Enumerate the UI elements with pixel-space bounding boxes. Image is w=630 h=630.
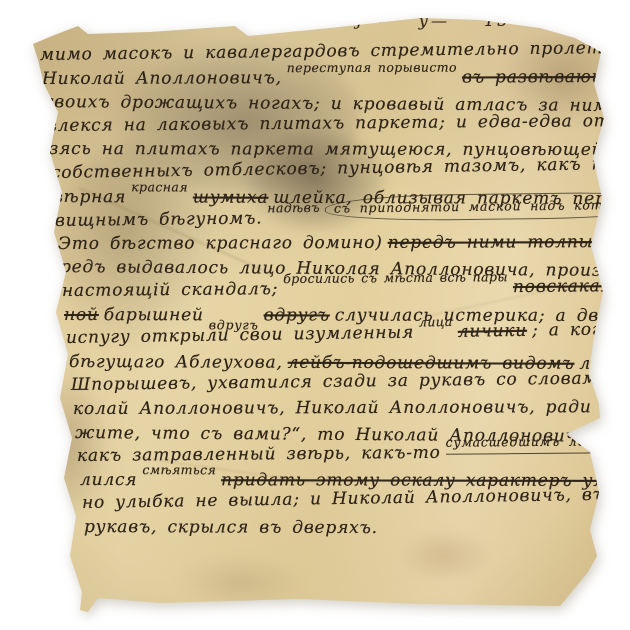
handwritten-text: вѣрная (53, 187, 126, 207)
text-line-9: Это бѣгство краснаго домино)передъ ними … (58, 231, 598, 255)
text-line-21: рукавъ, скрылся въ дверяхъ. (84, 516, 383, 539)
interlinear-insertion-above: бросились съ мѣста всѣ пары (283, 266, 508, 290)
struck-through-text: повскакала пароза парой; (513, 275, 630, 297)
handwritten-text: рукавъ, скрылся въ дверяхъ. (84, 517, 378, 538)
interlinear-insertion-above: красная (131, 176, 188, 198)
handwritten-text: Это бѣгство краснаго домино) (58, 233, 383, 254)
handwritten-text: лился (80, 470, 137, 490)
handwritten-text: настоящій скандалъ; (62, 279, 278, 301)
text-line-2: Николай Аполлоновичъ,переступая порывист… (42, 65, 630, 91)
handwritten-text: колай Аполлоновичъ, Николай Аполлоновичъ… (73, 397, 630, 419)
manuscript-paper-shadow: ) у— ƒ— у— 13мимо масокъ и кавалергардов… (0, 0, 630, 630)
interlinear-insertion-above: смѣяться (142, 459, 216, 481)
handwritten-text: Шпорышевъ, ухватился сзади за рукавъ со … (71, 368, 630, 395)
handwritten-text: ; а когда (532, 319, 624, 340)
struck-through-text: шумиха (193, 187, 269, 207)
photo-background: ) у— ƒ— у— 13мимо масокъ и кавалергардов… (0, 0, 630, 630)
interlinear-insertion-above: надѣвъ (268, 197, 321, 220)
text-line-4: влекся на лаковыхъ плитахъ паркета; и ед… (46, 110, 630, 137)
struck-through-text: ной (64, 305, 99, 325)
interlinear-insertion-above: лица (419, 311, 453, 334)
interlinear-insertion-above: переступая порывисто (287, 56, 457, 79)
manuscript-text: ) у— ƒ— у— 13мимо масокъ и кавалергардов… (0, 0, 630, 630)
torn-top-line-fragment: ) у— ƒ— у— 13 (248, 10, 510, 32)
handwritten-text: барышней (104, 305, 204, 325)
struck-through-text: въ развѣвающемся своемъ одѣяніи (462, 66, 630, 87)
text-line-16: колай Аполлоновичъ, Николай Аполлоновичъ… (73, 396, 630, 420)
torn-manuscript-paper: ) у— ƒ— у— 13мимо масокъ и кавалергардов… (0, 0, 630, 630)
handwritten-text: влекся на лаковыхъ плитахъ паркета; и ед… (47, 111, 630, 136)
handwritten-text: бѣгущаго Аблеухова, (69, 352, 283, 373)
handwritten-text: какъ затравленный звѣрь, какъ-то (77, 443, 441, 466)
struck-through-text: личики (458, 321, 528, 342)
struck-through-text: передъ ними толпы (387, 232, 593, 253)
handwritten-text: вищнымъ бѣгуномъ. (55, 209, 263, 232)
handwritten-text: испугу открыли свои изумленныя (66, 323, 414, 348)
handwritten-text: Николай Аполлоновичъ, (42, 68, 282, 89)
underlined-insertion: сумасшедшимъ лицомъ (446, 430, 625, 455)
